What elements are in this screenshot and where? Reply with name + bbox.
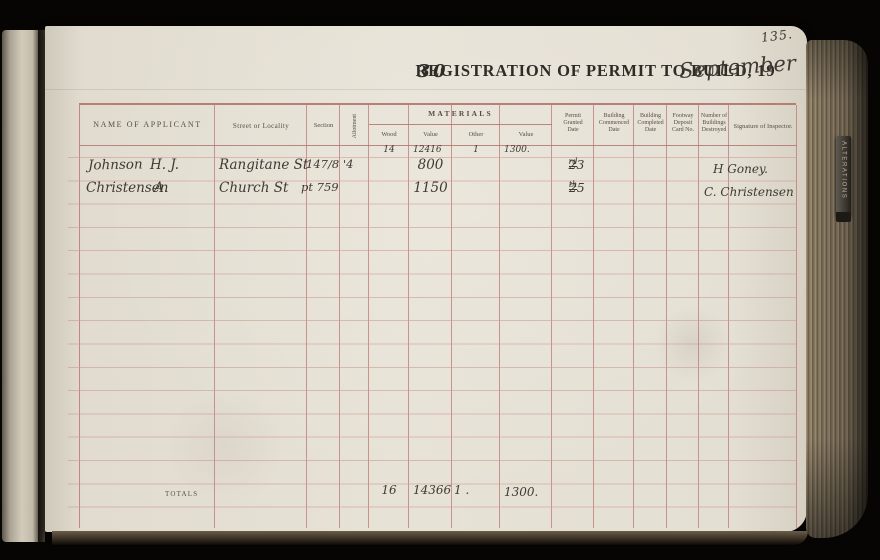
title-rule-line bbox=[45, 89, 807, 90]
alterations-tab-label: ALTERATIONS bbox=[841, 136, 847, 199]
totals-label: TOTALS bbox=[165, 490, 198, 498]
column-header-permit-date: Permit Granted Date bbox=[552, 113, 594, 134]
month-annotation: September bbox=[678, 51, 796, 83]
totals-value: 14366 bbox=[413, 483, 451, 497]
page-number: 135. bbox=[760, 26, 793, 45]
brought-forward-other: 1 bbox=[452, 145, 500, 155]
column-header-name: NAME OF APPLICANT bbox=[80, 120, 215, 129]
entry-section: 147/8 bbox=[306, 157, 339, 171]
entry-wood-value: 800 bbox=[409, 157, 452, 173]
brought-forward-value2: 1300. bbox=[504, 145, 530, 155]
entry-street: Rangitane St bbox=[219, 157, 308, 173]
column-header-street: Street or Locality bbox=[215, 122, 307, 130]
column-header-footway-deposit: Footway Deposit Card No. bbox=[667, 113, 699, 134]
column-header-other: Other bbox=[452, 131, 500, 138]
totals-value2: 1300. bbox=[504, 485, 538, 499]
permit-day: 23 bbox=[569, 157, 585, 172]
bottom-page-edges bbox=[52, 531, 808, 545]
entry-section: pt 759 bbox=[301, 180, 339, 194]
column-header-value2: Value bbox=[500, 131, 552, 138]
entry-wood-value: 1150 bbox=[409, 180, 452, 196]
photograph-of-ledger: 135. REGISTRATION OF PERMIT TO BUILD, 19… bbox=[0, 0, 880, 560]
ledger-page: 135. REGISTRATION OF PERMIT TO BUILD, 19… bbox=[45, 26, 807, 532]
permits-table: NAME OF APPLICANT Street or Locality Sec… bbox=[79, 103, 796, 528]
entry-inspector-signature: H Goney. bbox=[713, 162, 768, 176]
alterations-index-tab: ALTERATIONS bbox=[836, 136, 851, 216]
ruled-rows bbox=[68, 157, 797, 530]
column-header-commenced-date: Building Commenced Date bbox=[594, 113, 634, 134]
entry-inspector-signature: C. Christensen bbox=[704, 185, 794, 199]
brought-forward-wood: 14 bbox=[369, 145, 409, 155]
ledger-title: REGISTRATION OF PERMIT TO BUILD, 1930 bbox=[241, 61, 623, 82]
allotment-label: Allotment bbox=[352, 114, 358, 138]
column-header-allotment: Allotment bbox=[340, 108, 369, 144]
totals-wood: 16 bbox=[369, 483, 409, 497]
totals-other: 1 . bbox=[454, 483, 469, 497]
column-header-destroyed: Number of Buildings Destroyed bbox=[699, 113, 729, 134]
column-header-signature: Signature of Inspector. bbox=[729, 123, 797, 130]
column-header-value1: Value bbox=[409, 131, 452, 138]
tab-clip bbox=[836, 212, 851, 222]
entry-permit-date: 23rd bbox=[552, 157, 594, 172]
permit-day: 25 bbox=[569, 180, 585, 195]
column-header-wood: Wood bbox=[369, 131, 409, 138]
column-header-section: Section bbox=[307, 122, 340, 129]
entry-allotment: '4 bbox=[343, 157, 353, 171]
entry-initials: A. bbox=[154, 180, 168, 196]
entry-permit-date: 25th bbox=[552, 180, 594, 195]
entry-street: Church St bbox=[219, 180, 288, 196]
facing-page-edge bbox=[2, 30, 38, 542]
column-header-materials: MATERIALS bbox=[369, 110, 552, 119]
page-gap-shadow bbox=[38, 30, 45, 542]
right-page-stack bbox=[806, 40, 868, 538]
brought-forward-value: 12416 bbox=[413, 145, 442, 155]
materials-sub-rule bbox=[369, 124, 552, 125]
entry-surname: Johnson bbox=[88, 157, 143, 174]
entry-initials: H. J. bbox=[150, 157, 179, 173]
column-header-completed-date: Building Completed Date bbox=[634, 113, 667, 134]
